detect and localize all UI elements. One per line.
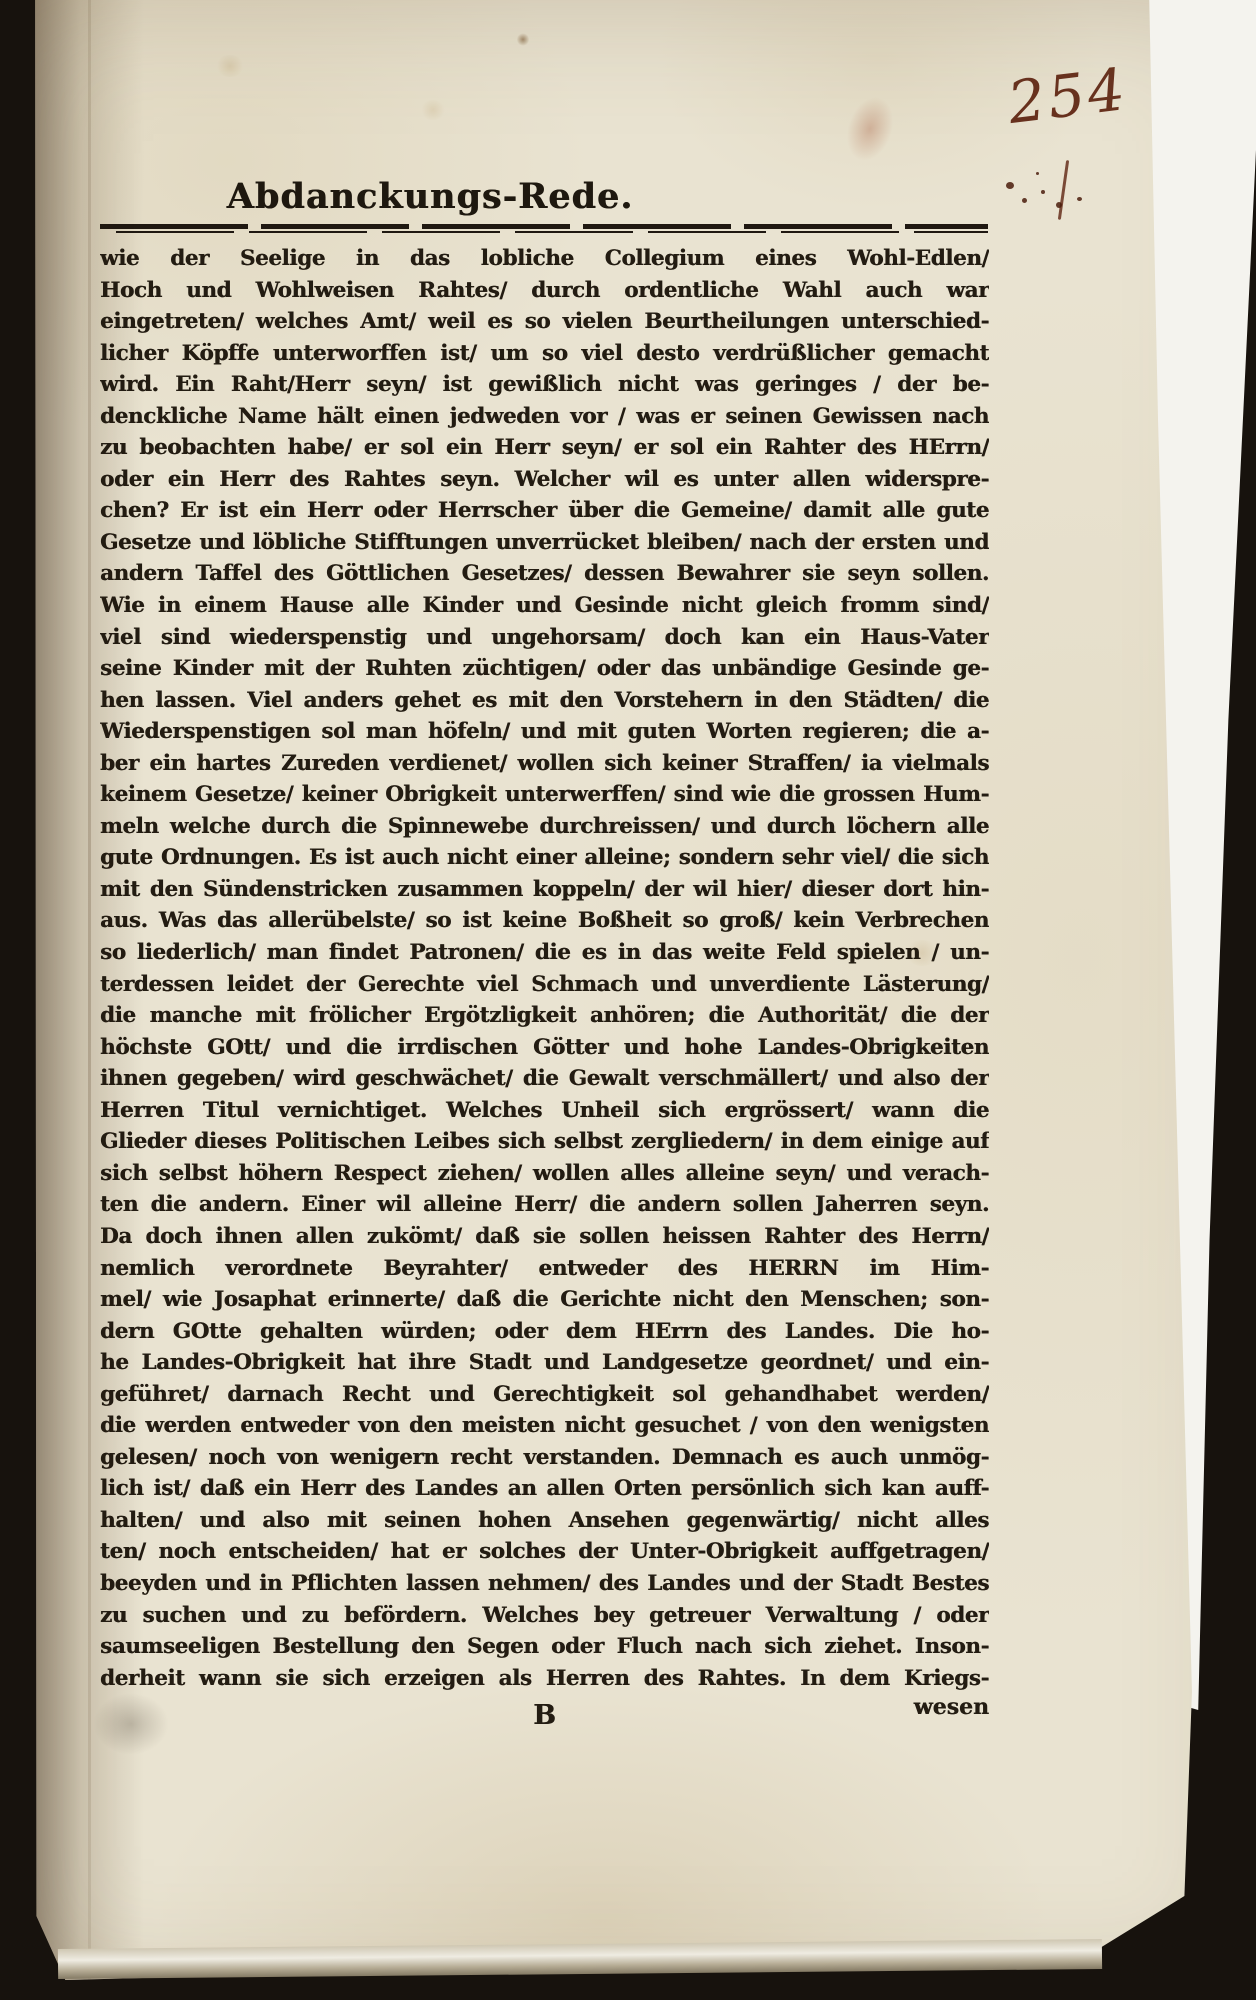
book-page: 254 Abdanckungs-Rede. wie der Seelige in…	[0, 0, 1256, 2000]
page-vignette	[0, 0, 1256, 2000]
photo-background: 254 Abdanckungs-Rede. wie der Seelige in…	[0, 0, 1256, 2000]
